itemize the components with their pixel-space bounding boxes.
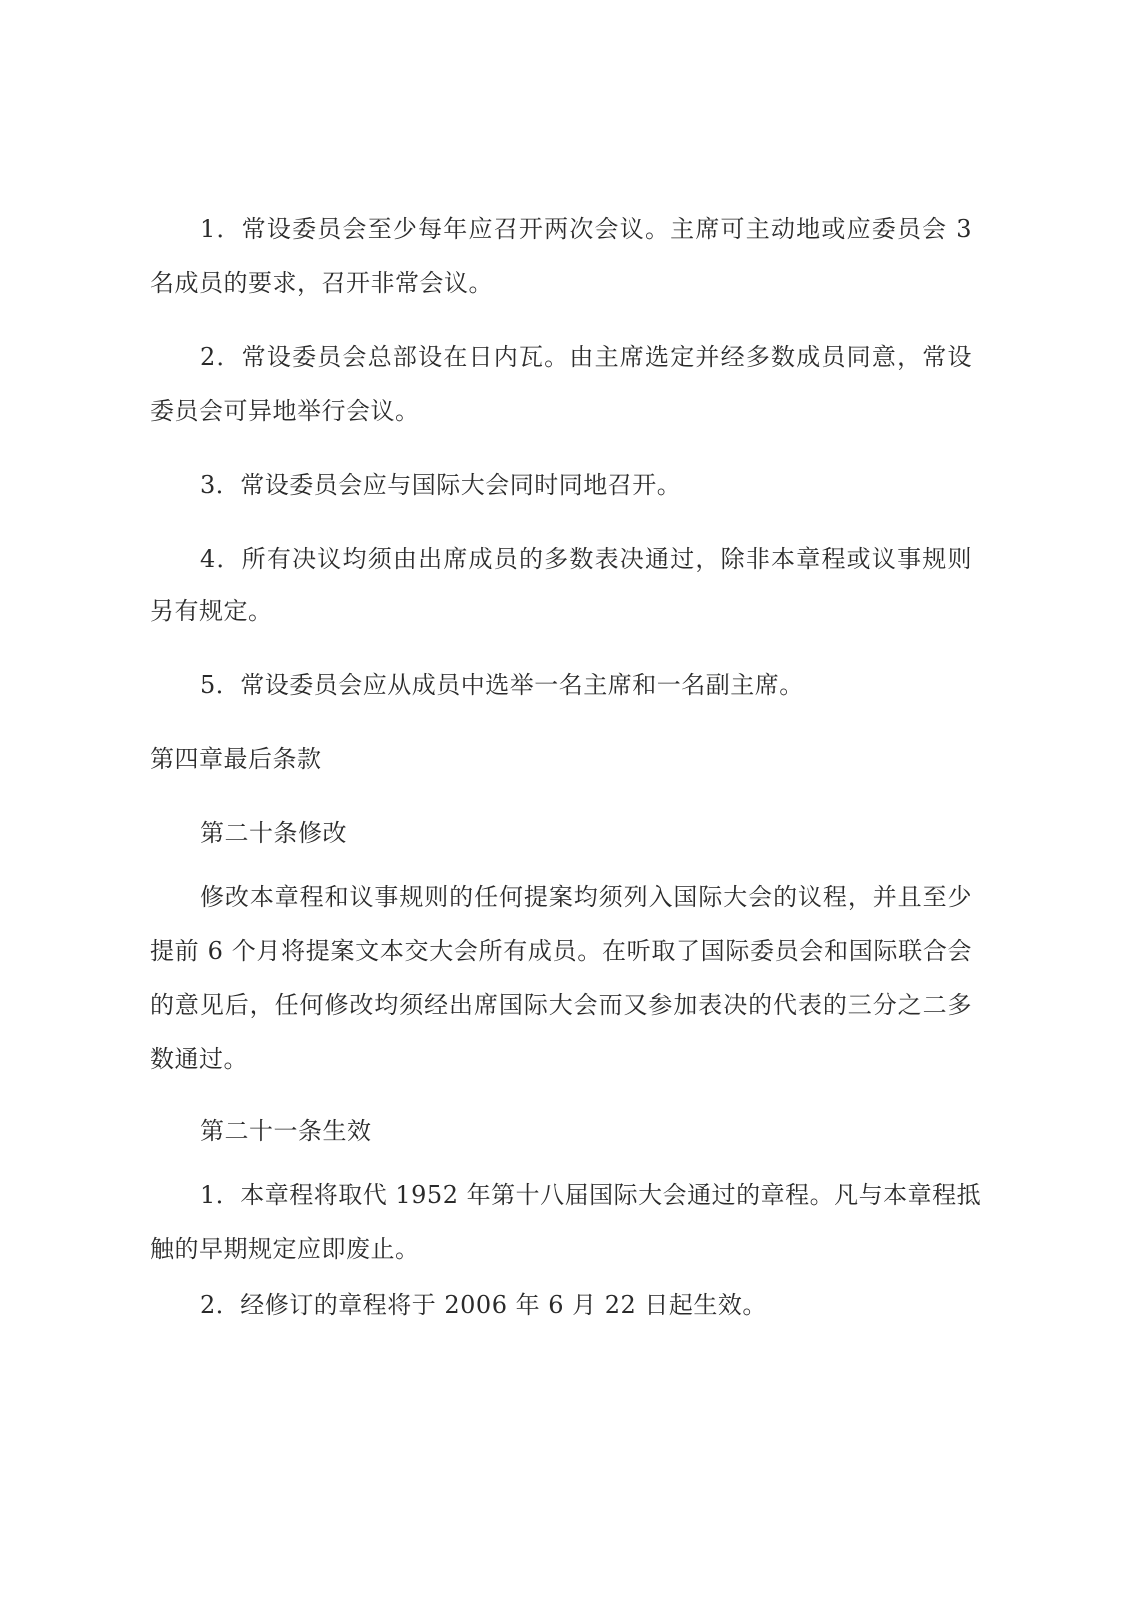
paragraph-line: 触的早期规定应即废止。 xyxy=(150,1234,420,1264)
paragraph-line: 委员会可异地举行会议。 xyxy=(150,396,420,426)
paragraph-line: 5．常设委员会应从成员中选举一名主席和一名副主席。 xyxy=(200,670,804,700)
article-heading: 第二十一条生效 xyxy=(200,1116,372,1146)
paragraph-line: 名成员的要求，召开非常会议。 xyxy=(150,268,493,298)
paragraph-line: 的意见后，任何修改均须经出席国际大会而又参加表决的代表的三分之二多 xyxy=(150,990,972,1020)
paragraph-line: 1．常设委员会至少每年应召开两次会议。主席可主动地或应委员会 3 xyxy=(200,214,972,244)
paragraph-line: 2．常设委员会总部设在日内瓦。由主席选定并经多数成员同意，常设 xyxy=(200,342,972,372)
paragraph-line: 数通过。 xyxy=(150,1044,248,1074)
paragraph-line: 提前 6 个月将提案文本交大会所有成员。在听取了国际委员会和国际联合会 xyxy=(150,936,972,966)
paragraph-line: 4．所有决议均须由出席成员的多数表决通过，除非本章程或议事规则 xyxy=(200,544,972,574)
chapter-heading: 第四章最后条款 xyxy=(150,744,322,774)
article-heading: 第二十条修改 xyxy=(200,818,347,848)
paragraph-line: 1．本章程将取代 1952 年第十八届国际大会通过的章程。凡与本章程抵 xyxy=(200,1180,972,1210)
paragraph-line: 2．经修订的章程将于 2006 年 6 月 22 日起生效。 xyxy=(200,1290,767,1320)
paragraph-line: 修改本章程和议事规则的任何提案均须列入国际大会的议程，并且至少 xyxy=(200,882,972,912)
paragraph-line: 3．常设委员会应与国际大会同时同地召开。 xyxy=(200,470,681,500)
paragraph-line: 另有规定。 xyxy=(150,596,273,626)
